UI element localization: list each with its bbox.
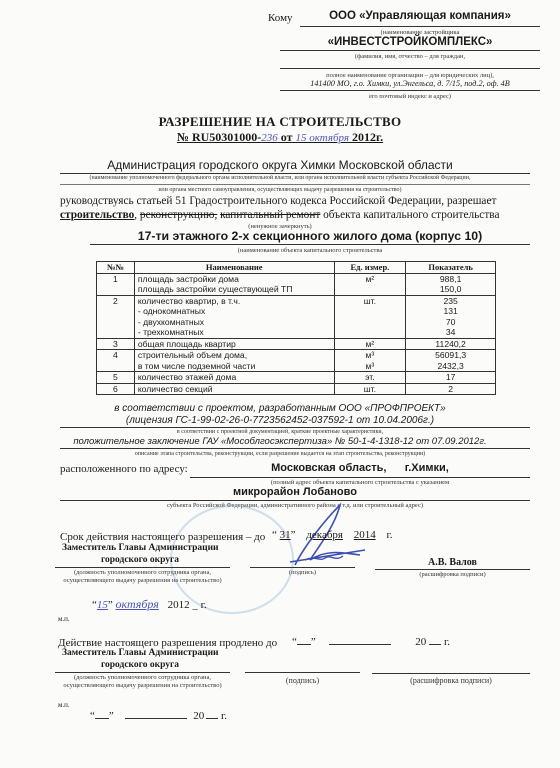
signer-name: А.В. Валов	[375, 557, 530, 568]
object-name: 17-ти этажного 2-х секционного жилого до…	[90, 229, 530, 243]
validity-month: декабря	[306, 529, 343, 541]
issue-month: октября	[116, 597, 159, 611]
location-caption-1: (полный адрес объекта капитального строи…	[190, 479, 530, 486]
seal-place-1: м.п.	[58, 615, 70, 623]
table-row: 3общая площадь квартирм²11240,2	[97, 338, 496, 350]
permission-text-line1: руководствуясь статьей 51 Градостроитель…	[60, 195, 530, 207]
repair-option: капитальный ремонт	[220, 209, 320, 221]
issue-date: “15” октября 2012 _ г.	[92, 597, 207, 612]
row-value: 988,1150,0	[406, 273, 496, 295]
header-number: №№	[97, 262, 135, 274]
row-name: количество секций	[134, 383, 334, 395]
extension-signer-caption: (расшифровка подписи)	[372, 676, 530, 685]
row-value: 56091,32432,3	[406, 350, 496, 372]
row-name: площадь застройки домаплощадь застройки …	[134, 273, 334, 295]
validity-year: 2014	[354, 529, 376, 541]
document-title: РАЗРЕШЕНИЕ НА СТРОИТЕЛЬСТВО	[0, 114, 560, 130]
table-row: 5количество этажей домаэт.17	[97, 372, 496, 384]
permit-number-handwritten: 236	[261, 132, 278, 144]
row-value: 11240,2	[406, 338, 496, 350]
reconstruction-option: реконструкцию,	[140, 209, 217, 221]
position-line-1: Заместитель Главы Администрации	[62, 543, 219, 553]
extension-position-caption: (должность уполномоченного сотрудника ор…	[55, 674, 230, 690]
authority-caption-2: или органа местного самоуправления, осущ…	[30, 187, 530, 193]
object-caption: (наименование объекта капитального строи…	[90, 247, 530, 254]
developer-name-2: «ИНВЕСТСТРОЙКОМПЛЕКС»	[280, 36, 540, 48]
permit-date-handwritten: 15 октября	[296, 132, 349, 144]
row-number: 2	[97, 295, 135, 338]
signature-caption: (подпись)	[250, 569, 355, 576]
location-district: микрорайон Лобаново	[60, 486, 530, 498]
construction-option: строительство	[60, 209, 134, 221]
to-label: Кому	[268, 12, 293, 24]
expertise-conclusion: положительное заключение ГАУ «Мособлгосэ…	[30, 436, 530, 447]
row-number: 1	[97, 273, 135, 295]
developer-name: ООО «Управляющая компания»	[300, 10, 540, 22]
validity-date: “ 31” декабря 2014 г.	[272, 529, 393, 541]
org-caption: полное наименование организации – для юр…	[280, 72, 540, 79]
seal-place-2: м.п.	[58, 701, 70, 709]
permission-text-line2: строительство, реконструкцию, капитальны…	[60, 209, 530, 221]
row-name: количество этажей дома	[134, 372, 334, 384]
position-line-2: городского округа	[60, 555, 220, 565]
table-header-row: №№ Наименование Ед. измер. Показатель	[97, 262, 496, 274]
extension-date: “” 20 г.	[292, 636, 450, 648]
row-name: количество квартир, в т.ч.- однокомнатны…	[134, 295, 334, 338]
developer-address: 141400 МО, г.о. Химки, ул.Энгельса, д. 7…	[280, 79, 540, 88]
permit-number: № RU50301000-236 от 15 октября 2012г.	[0, 130, 560, 145]
issuing-authority: Администрация городского округа Химки Мо…	[30, 158, 530, 172]
extension-position-line-2: городского округа	[60, 660, 220, 670]
row-number: 4	[97, 350, 135, 372]
table-row: 2количество квартир, в т.ч.- однокомнатн…	[97, 295, 496, 338]
project-caption-2: описание этапа строительства, реконструк…	[30, 451, 530, 457]
project-developer: в соответствии с проектом, разработанным…	[30, 403, 530, 414]
row-name: общая площадь квартир	[134, 338, 334, 350]
address-caption: его почтовый индекс и адрес)	[280, 93, 540, 100]
row-unit: м²	[334, 338, 406, 350]
header-value: Показатель	[406, 262, 496, 274]
extension-issue-date: “” 20 г.	[90, 710, 227, 722]
position-caption: (должность уполномоченного сотрудника ор…	[55, 569, 230, 585]
row-name: строительный объем дома,в том числе подз…	[134, 350, 334, 372]
row-value: 2351317034	[406, 295, 496, 338]
row-unit: м²	[334, 273, 406, 295]
validity-day: 31	[280, 529, 291, 541]
location-region-city: Московская область, г.Химки,	[190, 462, 530, 474]
extension-position-line-1: Заместитель Главы Администрации	[62, 648, 219, 658]
location-label: расположенного по адресу:	[60, 463, 188, 475]
authority-caption-1: (наименование уполномоченного федерально…	[30, 175, 530, 181]
table-row: 4строительный объем дома,в том числе под…	[97, 350, 496, 372]
row-unit: м³м³	[334, 350, 406, 372]
row-number: 3	[97, 338, 135, 350]
header-unit: Ед. измер.	[334, 262, 406, 274]
validity-label: Срок действия настоящего разрешения – до	[60, 531, 265, 543]
issue-day: 15	[97, 599, 108, 611]
row-unit: эт.	[334, 372, 406, 384]
row-value: 17	[406, 372, 496, 384]
row-unit: шт.	[334, 383, 406, 395]
table-row: 6количество секцийшт.2	[97, 383, 496, 395]
signer-caption: (расшифровка подписи)	[375, 571, 530, 578]
issue-year: 2012	[168, 599, 190, 611]
project-license: (лицензия ГС-1-99-02-26-0-7723562452-037…	[30, 415, 530, 426]
extension-signature-caption: (подпись)	[245, 676, 360, 685]
row-unit: шт.	[334, 295, 406, 338]
table-row: 1площадь застройки домаплощадь застройки…	[97, 273, 496, 295]
row-value: 2	[406, 383, 496, 395]
parameters-table: №№ Наименование Ед. измер. Показатель 1п…	[96, 261, 496, 395]
header-name: Наименование	[134, 262, 334, 274]
row-number: 6	[97, 383, 135, 395]
row-number: 5	[97, 372, 135, 384]
project-caption-1: в соответствии с проектной документацией…	[30, 429, 530, 435]
developer-caption: (наименование застройщика	[300, 29, 540, 36]
name-caption: (фамилия, имя, отчество – для граждан,	[280, 53, 540, 60]
